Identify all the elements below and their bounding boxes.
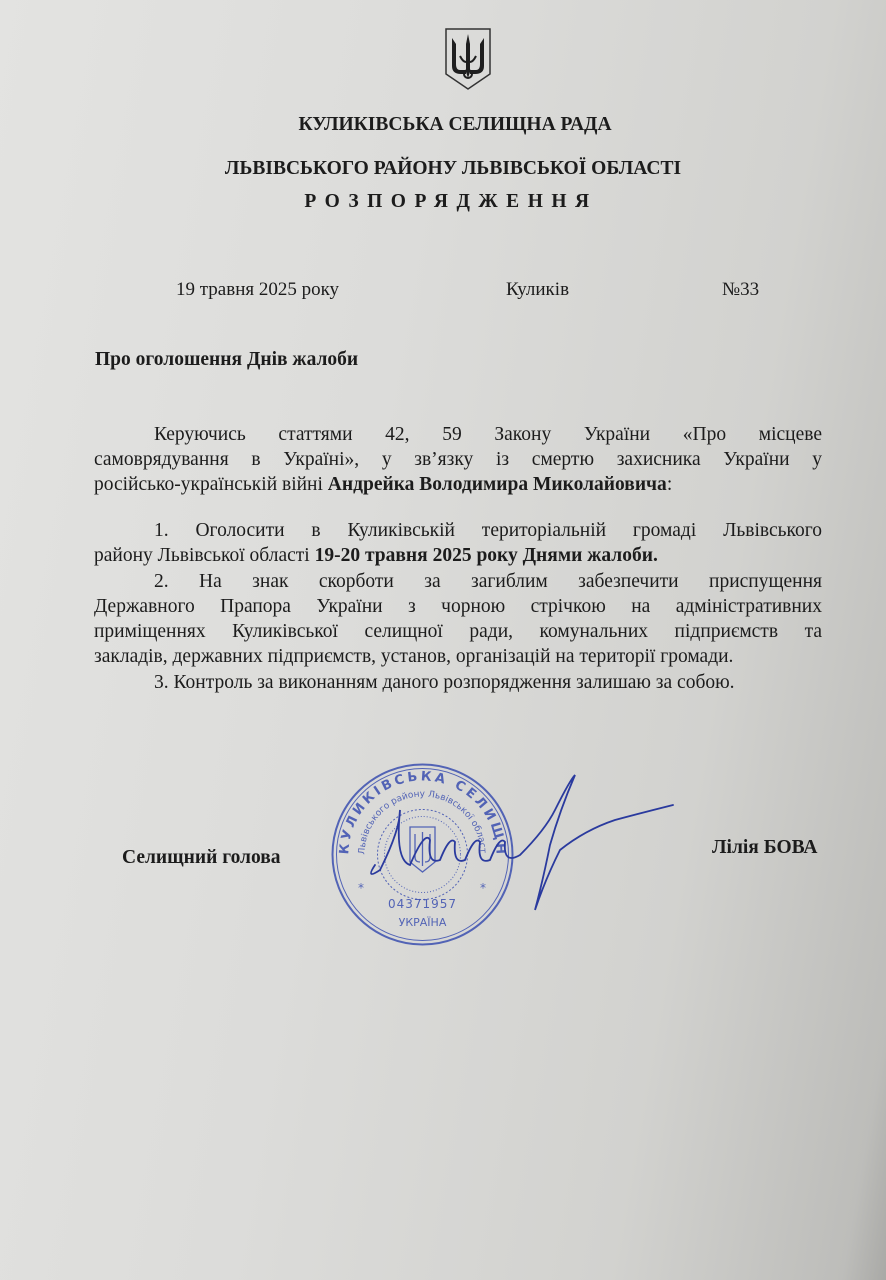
preamble-text: російсько-українській війні [94,474,328,495]
item-line: 3. Контроль за виконанням даного розпоря… [94,670,822,695]
handwritten-signature [355,770,675,920]
council-name: КУЛИКІВСЬКА СЕЛИЩНА РАДА [12,114,886,136]
signatory-title: Селищний голова [122,847,281,869]
item-line: приміщеннях Куликівської селищної ради, … [94,619,822,644]
preamble-paragraph: Керуючись статтями 42, 59 Закону України… [94,422,822,497]
deceased-name: Андрейка Володимира Миколайовича [328,474,667,495]
preamble-line: Керуючись статтями 42, 59 Закону України… [94,422,822,447]
document-number: №33 [722,279,759,301]
preamble-line: самоврядування в Україні», у зв’язку із … [94,447,822,472]
item-line: району Львівської області 19-20 травня 2… [94,543,822,568]
coat-of-arms-icon [443,26,493,92]
item-text: району Львівської області [94,545,315,566]
order-item-2: 2. На знак скорботи за загиблим забезпеч… [94,569,822,669]
document-date: 19 травня 2025 року [176,279,339,301]
item-line: закладів, державних підприємств, установ… [94,644,822,669]
order-item-1: 1. Оголосити в Куликівській територіальн… [94,518,822,568]
document-place: Куликів [506,279,569,301]
document-subject: Про оголошення Днів жалоби [95,349,358,371]
preamble-colon: : [667,474,672,495]
item-line: Державного Прапора України з чорною стрі… [94,594,822,619]
document-type: РОЗПОРЯДЖЕННЯ [8,191,886,213]
order-item-3: 3. Контроль за виконанням даного розпоря… [94,670,822,695]
preamble-line: російсько-українській війні Андрейка Вол… [94,472,822,497]
item-line: 1. Оголосити в Куликівській територіальн… [94,518,822,543]
district-name: ЛЬВІВСЬКОГО РАЙОНУ ЛЬВІВСЬКОЇ ОБЛАСТІ [10,158,886,180]
mourning-dates: 19-20 травня 2025 року Днями жалоби. [315,545,658,566]
signatory-name: Лілія БОВА [712,837,818,859]
item-line: 2. На знак скорботи за загиблим забезпеч… [94,569,822,594]
